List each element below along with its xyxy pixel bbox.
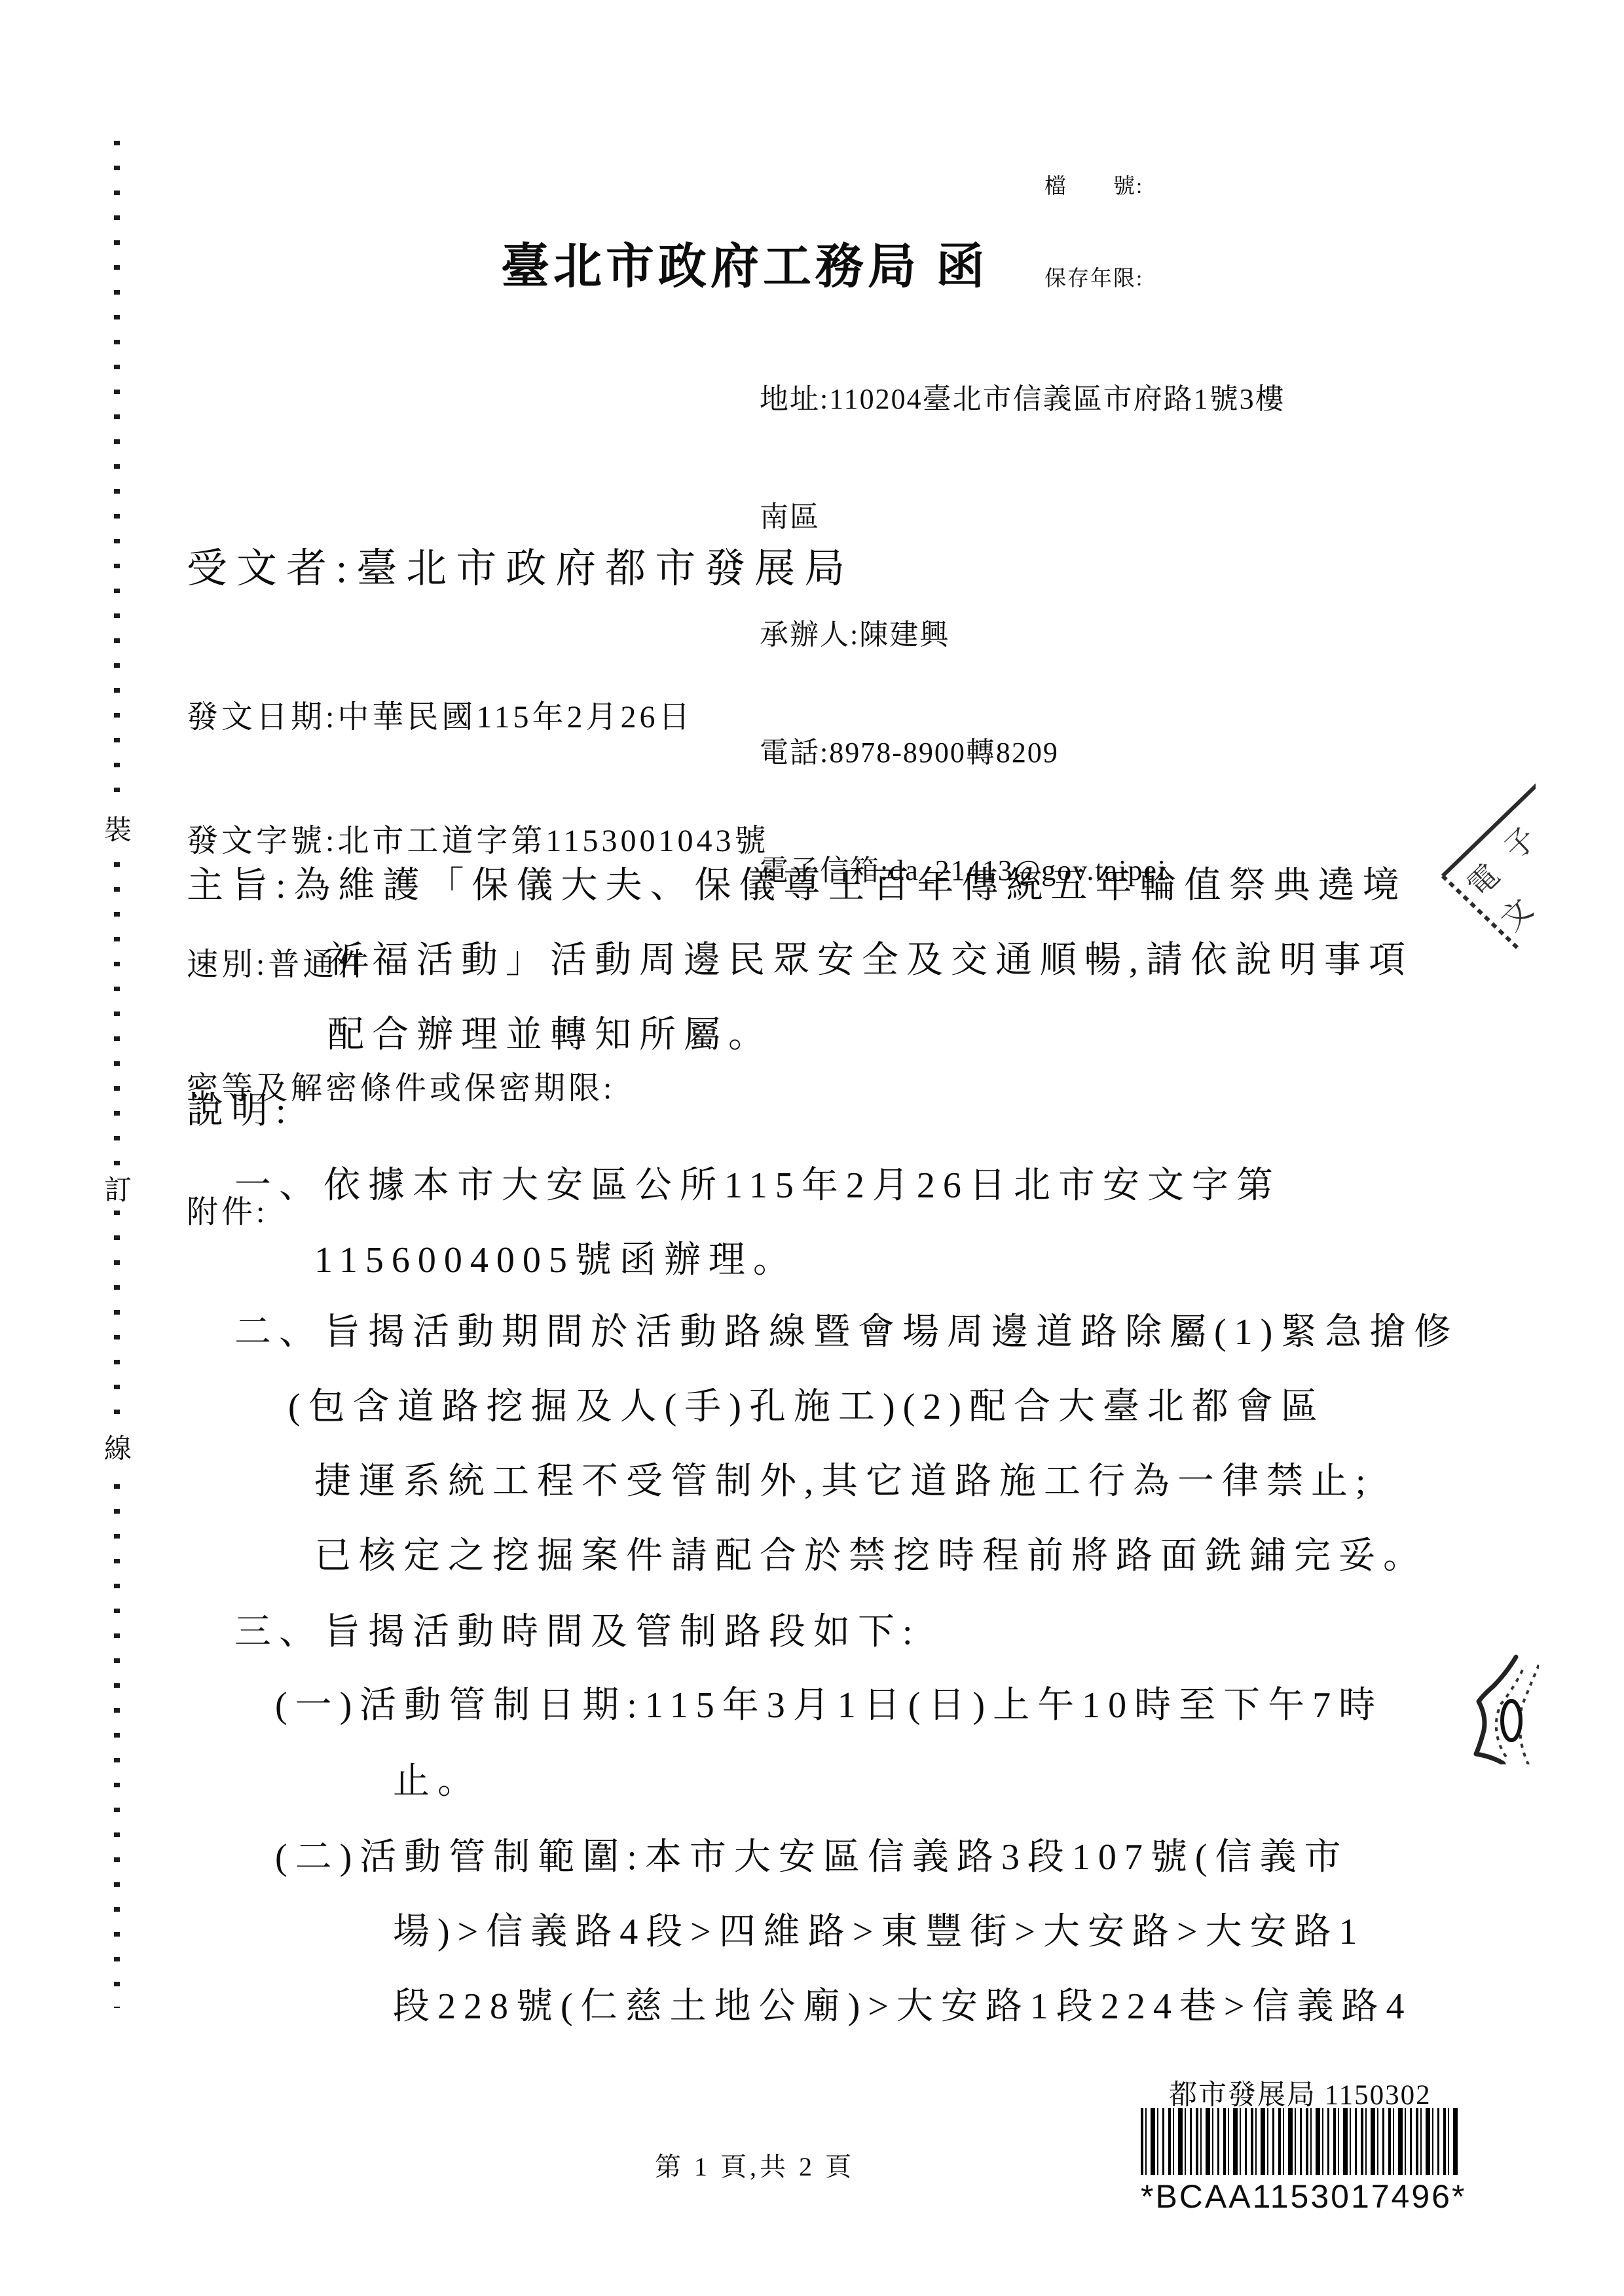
electronic-exchange-stamp: 電 子 交 文 換 [1437,753,1536,949]
sender-contact-person: 承辦人:陳建興 [760,615,1285,655]
star-seal-digit-zero [1502,1701,1521,1740]
subject-line-3: 配合辦理並轉知所屬。 [327,1006,773,1058]
sender-contact-block: 地址:110204臺北市信義區市府路1號3樓 南區 承辦人:陳建興 電話:897… [760,301,1285,930]
item-3-1-line-1: (一)活動管制日期:115年3月1日(日)上午10時至下午7時 [275,1676,1383,1728]
subject-line-1: 主旨:為維護「保儀大夫、保儀尊王百年傳統五年輪值祭典遶境 [187,856,1407,909]
receiving-dept-note: 都市發展局 1150302 [1169,2073,1431,2113]
archive-label-block: 檔 號: 保存年限: [1044,110,1143,325]
electronic-exchange-stamp-graphic: 電 子 交 文 換 [1437,776,1536,949]
binding-mark-ding: 訂 [100,1169,136,1208]
explanation-heading: 說明: [187,1082,294,1134]
scanned-official-letter-page: { "document": { "header": { "file_no_lab… [0,0,1624,2296]
dispatch-date: 發文日期:中華民國115年2月26日 [187,697,769,738]
star-seal-stamp-graphic [1467,1650,1539,1764]
page-title: 臺北市政府工務局 函 [501,228,989,297]
star-seal-stamp [1467,1627,1539,1764]
item-3-heading: 三、旨揭活動時間及管制路段如下: [234,1603,921,1655]
retention-period-label: 保存年限: [1044,264,1143,295]
sender-phone: 電話:8978-8900轉8209 [760,733,1285,773]
svg-text:交: 交 [1533,794,1536,839]
item-3-1-line-2: 止。 [393,1752,482,1804]
barcode-text: *BCAA1153017496* [1141,2178,1459,2215]
sender-address-line1: 地址:110204臺北市信義區市府路1號3樓 [760,380,1285,419]
page-number: 第 1 頁,共 2 頁 [655,2146,855,2183]
item-3-2-line-2: 場)>信義路4段>四維路>東豐街>大安路>大安路1 [393,1903,1365,1955]
file-number-label: 檔 號: [1044,172,1143,202]
dispatch-ref-no: 發文字號:北市工道字第1153001043號 [187,820,769,862]
item-2-line-2: (包含道路挖掘及人(手)孔施工)(2)配合大臺北都會區 [288,1377,1325,1430]
item-3-2-line-3: 段228號(仁慈土地公廟)>大安路1段224巷>信義路4 [393,1977,1412,2030]
recipient-line: 受文者:臺北市政府都市發展局 [187,536,854,594]
item-3-2-line-1: (二)活動管制範圍:本市大安區信義路3段107號(信義市 [275,1828,1349,1880]
item-1-line-1: 一、依據本市大安區公所115年2月26日北市安文字第 [234,1156,1281,1209]
svg-text:子: 子 [1498,821,1536,866]
item-1-line-2: 1156004005號函辦理。 [314,1231,798,1283]
sender-address-line2: 南區 [760,498,1285,537]
item-2-line-4: 已核定之挖掘案件請配合於禁挖時程前將路面銑鋪完妥。 [314,1527,1428,1579]
item-2-line-3: 捷運系統工程不受管制外,其它道路施工行為一律禁止; [314,1452,1374,1504]
subject-line-2: 祈福活動」活動周邊民眾安全及交通順暢,請依說明事項 [327,931,1413,983]
svg-text:電: 電 [1461,858,1506,903]
binding-mark-xian: 線 [100,1427,136,1467]
document-barcode [1141,2108,1459,2175]
binding-dotted-line [114,141,120,2008]
binding-mark-zhuang: 裝 [100,809,136,848]
item-2-line-1: 二、旨揭活動期間於活動路線暨會場周邊道路除屬(1)緊急搶修 [234,1303,1458,1355]
